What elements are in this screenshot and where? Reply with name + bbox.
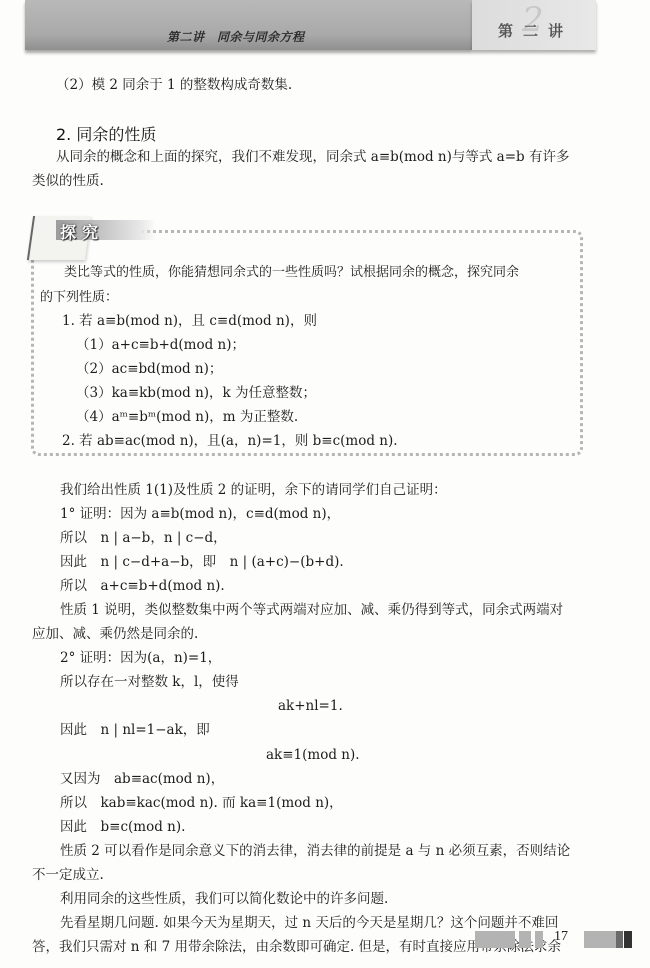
proof2-line4: 又因为 ab≡ac(mod n)，: [60, 770, 224, 788]
proof1-line3: 因此 n | c−d+a−b，即 n | (a+c)−(b+d).: [60, 553, 344, 571]
footer-bar: [475, 931, 515, 948]
explore-prop2: 2. 若 ab≡ac(mod n)，且(a，n)=1，则 b≡c(mod n).: [62, 432, 398, 450]
explore-sub4: （4）aᵐ≡bᵐ(mod n)，m 为正整数.: [76, 408, 298, 426]
chapter-badge-label: 第二讲: [498, 20, 573, 41]
proof2-equation2: ak≡1(mod n).: [266, 746, 360, 764]
remark1-line2: 应加、减、乘仍然是同余的.: [32, 625, 198, 643]
proof-intro: 我们给出性质 1(1)及性质 2 的证明，余下的请同学们自己证明：: [60, 481, 447, 499]
explore-sub1: （1）a+c≡b+d(mod n)；: [76, 336, 245, 354]
footer-bar: [519, 931, 531, 948]
closing-line1: 利用同余的这些性质，我们可以简化数论中的许多问题.: [60, 890, 388, 908]
page-number: 17: [554, 929, 568, 945]
footer-bar: [624, 931, 632, 948]
chapter-title: 第二讲 同余与同余方程: [167, 28, 305, 45]
explore-line1: 类比等式的性质，你能猜想同余式的一些性质吗？试根据同余的概念，探究同余: [64, 264, 519, 282]
remark2-line1: 性质 2 可以看作是同余意义下的消去律，消去律的前提是 a 与 n 必须互素，否…: [60, 842, 570, 860]
footer-bar: [584, 931, 616, 948]
proof2-line5: 所以 kab≡kac(mod n). 而 ka≡1(mod n)，: [60, 794, 343, 812]
proof2-line2: 所以存在一对整数 k，l，使得: [60, 673, 239, 691]
footer-bar: [616, 931, 623, 948]
proof2-equation1: ak+nl=1.: [278, 697, 343, 715]
explore-tag-label: 探究: [60, 220, 104, 243]
explore-line2: 的下列性质：: [40, 289, 118, 307]
chapter-header-banner: 第二讲 同余与同余方程: [25, 0, 472, 50]
chapter-badge: 2 第二讲: [472, 0, 596, 50]
closing-line2: 先看星期几问题. 如果今天为星期天，过 n 天后的今天是星期几？这个问题并不难回: [60, 914, 558, 932]
explore-sub2: （2）ac≡bd(mod n)；: [76, 360, 222, 378]
explore-prop1: 1. 若 a≡b(mod n)，且 c≡d(mod n)，则: [62, 312, 317, 330]
proof1-line4: 所以 a+c≡b+d(mod n).: [60, 577, 225, 595]
proof2-line3: 因此 n | nl=1−ak，即: [60, 721, 210, 739]
proof1-line1: 1° 证明：因为 a≡b(mod n)，c≡d(mod n)，: [60, 505, 340, 523]
proof1-line2: 所以 n | a−b，n | c−d，: [60, 529, 227, 547]
proof2-line1: 2° 证明：因为(a，n)=1，: [60, 649, 221, 667]
section-title: 2. 同余的性质: [56, 122, 156, 145]
footer-bar: [535, 931, 543, 948]
remark1-line1: 性质 1 说明，类似整数集中两个等式两端对应加、减、乘仍得到等式，同余式两端对: [60, 601, 563, 619]
explore-tag: 探究: [24, 212, 124, 254]
explore-sub3: （3）ka≡kb(mod n)，k 为任意整数；: [76, 384, 316, 402]
remark2-line2: 不一定成立.: [32, 866, 104, 884]
section-para-line1: 从同余的概念和上面的探究，我们不难发现，同余式 a≡b(mod n)与等式 a=…: [56, 148, 569, 166]
intro-line: （2）模 2 同余于 1 的整数构成奇数集.: [56, 76, 292, 94]
section-para-line2: 类似的性质.: [32, 172, 104, 190]
proof2-line6: 因此 b≡c(mod n).: [60, 818, 185, 836]
